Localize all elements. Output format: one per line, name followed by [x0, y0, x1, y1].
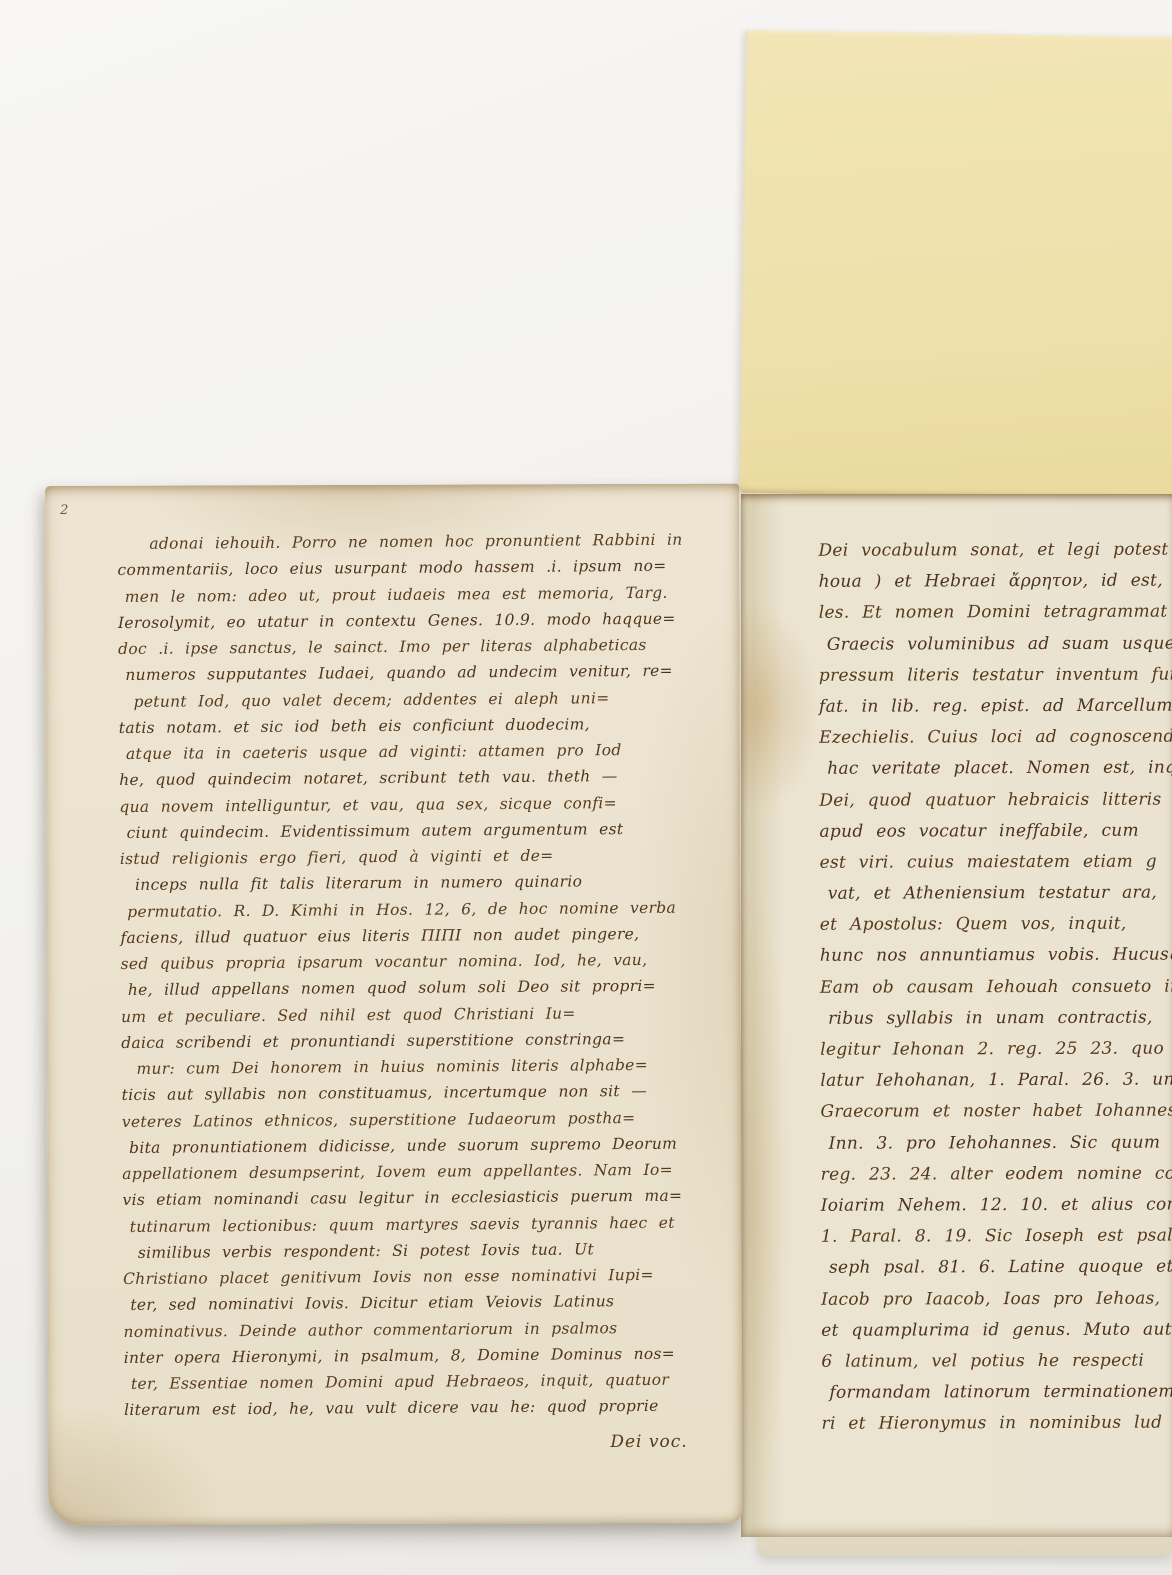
manuscript-text-line: commentariis, loco eius usurpant modo ha…	[117, 553, 713, 584]
manuscript-text-line: Dei, quod quatuor hebraicis litteris	[819, 784, 1172, 817]
manuscript-text-line: Ioiarim Nehem. 12. 10. et alius con	[821, 1189, 1172, 1222]
manuscript-text-line: ri et Hieronymus in nominibus lud	[821, 1407, 1172, 1440]
manuscript-text-line: fat. in lib. reg. epist. ad Marcellum.	[819, 690, 1172, 723]
manuscript-text-line: latur Iehohanan, 1. Paral. 26. 3. una	[820, 1064, 1172, 1097]
catchword: Dei voc.	[610, 1432, 687, 1452]
manuscript-text-line: seph psal. 81. 6. Latine quoque et G	[821, 1252, 1172, 1285]
manuscript-text-line: he, illud appellans nomen quod solum sol…	[121, 973, 717, 1004]
manuscript-text-line: Eam ob causam Iehouah consueto in	[820, 971, 1172, 1004]
manuscript-text-line: est viri. cuius maiestatem etiam g	[820, 846, 1172, 879]
manuscript-text-line: vis etiam nominandi casu legitur in eccl…	[122, 1183, 718, 1214]
manuscript-text-line: reg. 23. 24. alter eodem nomine co	[821, 1158, 1172, 1191]
page-number: 2	[60, 503, 68, 518]
manuscript-text-line: hunc nos annuntiamus vobis. Hucusque	[820, 940, 1172, 973]
manuscript-text-line: literarum est iod, he, vau vult dicere v…	[124, 1393, 720, 1424]
manuscript-text-line: Dei vocabulum sonat, et legi potest Iaho	[818, 534, 1172, 567]
manuscript-text-line: les. Et nomen Domini tetragrammat	[819, 597, 1172, 630]
manuscript-text-line: et quamplurima id genus. Muto aute	[821, 1314, 1172, 1347]
blank-yellow-leaf	[739, 30, 1172, 500]
manuscript-text-line: pressum literis testatur inventum fuisse	[819, 659, 1172, 692]
manuscript-photo: Dei vocabulum sonat, et legi potest Iaho…	[0, 0, 1172, 1575]
manuscript-text-line: 6 latinum, vel potius he respecti	[821, 1345, 1172, 1378]
left-manuscript-page: 2 adonai iehouih. Porro ne nomen hoc pro…	[45, 484, 743, 1525]
manuscript-text-line: hac veritate placet. Nomen est, inquit	[819, 753, 1172, 786]
manuscript-text-line: Ezechielis. Cuius loci ad cognoscendam	[819, 721, 1172, 754]
manuscript-text-line: Inn. 3. pro Iehohannes. Sic quum	[820, 1127, 1172, 1160]
manuscript-text-line: legitur Iehonan 2. reg. 25 23. quo	[820, 1033, 1172, 1066]
manuscript-text-line: Graecorum et noster habet Iohannes	[820, 1096, 1172, 1129]
right-page-text-block: Dei vocabulum sonat, et legi potest Iaho…	[818, 534, 1172, 1440]
manuscript-text-line: Iacob pro Iaacob, Ioas pro Iehoas,	[821, 1283, 1172, 1316]
manuscript-text-line: apud eos vocatur ineffabile, cum	[819, 815, 1172, 848]
manuscript-text-line: ribus syllabis in unam contractis,	[820, 1002, 1172, 1035]
manuscript-text-line: houa ) et Hebraei ἄρρητον, id est,	[819, 565, 1172, 598]
manuscript-text-line: et Apostolus: Quem vos, inquit,	[820, 908, 1172, 941]
manuscript-text-line: vat, et Atheniensium testatur ara,	[820, 877, 1172, 910]
manuscript-text-line: ticis aut syllabis non constituamus, inc…	[122, 1078, 718, 1109]
manuscript-text-line: numeros supputantes Iudaei, quando ad un…	[118, 658, 714, 689]
manuscript-text-line: formandam latinorum terminationem:	[821, 1376, 1172, 1409]
left-page-text-block: adonai iehouih. Porro ne nomen hoc pronu…	[117, 526, 720, 1423]
manuscript-text-line: 1. Paral. 8. 19. Sic Ioseph est psal	[821, 1220, 1172, 1253]
manuscript-text-line: Graecis voluminibus ad suam usque aeta	[819, 628, 1172, 661]
manuscript-text-line: tutinarum lectionibus: quum martyres sae…	[123, 1209, 719, 1240]
manuscript-text-line: Christiano placet genitivum Iovis non es…	[123, 1261, 719, 1292]
right-manuscript-page: Dei vocabulum sonat, et legi potest Iaho…	[741, 494, 1172, 1537]
